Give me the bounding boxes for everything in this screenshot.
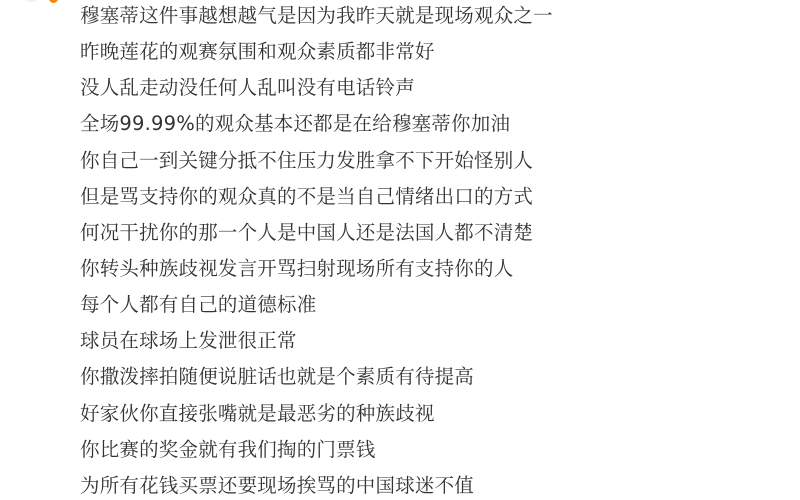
comment-line: 没人乱走动没任何人乱叫没有电话铃声 (80, 70, 780, 106)
comment-line: 全场99.99%的观众基本还都是在给穆塞蒂你加油 (80, 106, 780, 142)
comment-line: 你比赛的奖金就有我们掏的门票钱 (80, 432, 780, 468)
comment-post: 穆塞蒂这件事越想越气是因为我昨天就是现场观众之一 昨晚莲花的观赛氛围和观众素质都… (0, 0, 800, 500)
comment-line: 好家伙你直接张嘴就是最恶劣的种族歧视 (80, 396, 780, 432)
comment-line: 你撒泼摔拍随便说脏话也就是个素质有待提高 (80, 359, 780, 395)
comment-line: 你自己一到关键分抵不住压力发胜拿不下开始怪别人 (80, 143, 780, 179)
comment-line: 球员在球场上发泄很正常 (80, 323, 780, 359)
comment-line: 穆塞蒂这件事越想越气是因为我昨天就是现场观众之一 (80, 0, 780, 34)
comment-line: 但是骂支持你的观众真的不是当自己情绪出口的方式 (80, 179, 780, 215)
comment-line: 昨晚莲花的观赛氛围和观众素质都非常好 (80, 34, 780, 70)
comment-line: 你转头种族歧视发言开骂扫射现场所有支持你的人 (80, 251, 780, 287)
badge-dot-icon (49, 0, 58, 3)
comment-line: 何况干扰你的那一个人是中国人还是法国人都不清楚 (80, 215, 780, 251)
comment-line: 每个人都有自己的道德标准 (80, 287, 780, 323)
comment-body: 穆塞蒂这件事越想越气是因为我昨天就是现场观众之一 昨晚莲花的观赛氛围和观众素质都… (80, 0, 780, 500)
user-avatar-icon[interactable] (20, 0, 42, 2)
comment-line: 为所有花钱买票还要现场挨骂的中国球迷不值 (80, 468, 780, 500)
